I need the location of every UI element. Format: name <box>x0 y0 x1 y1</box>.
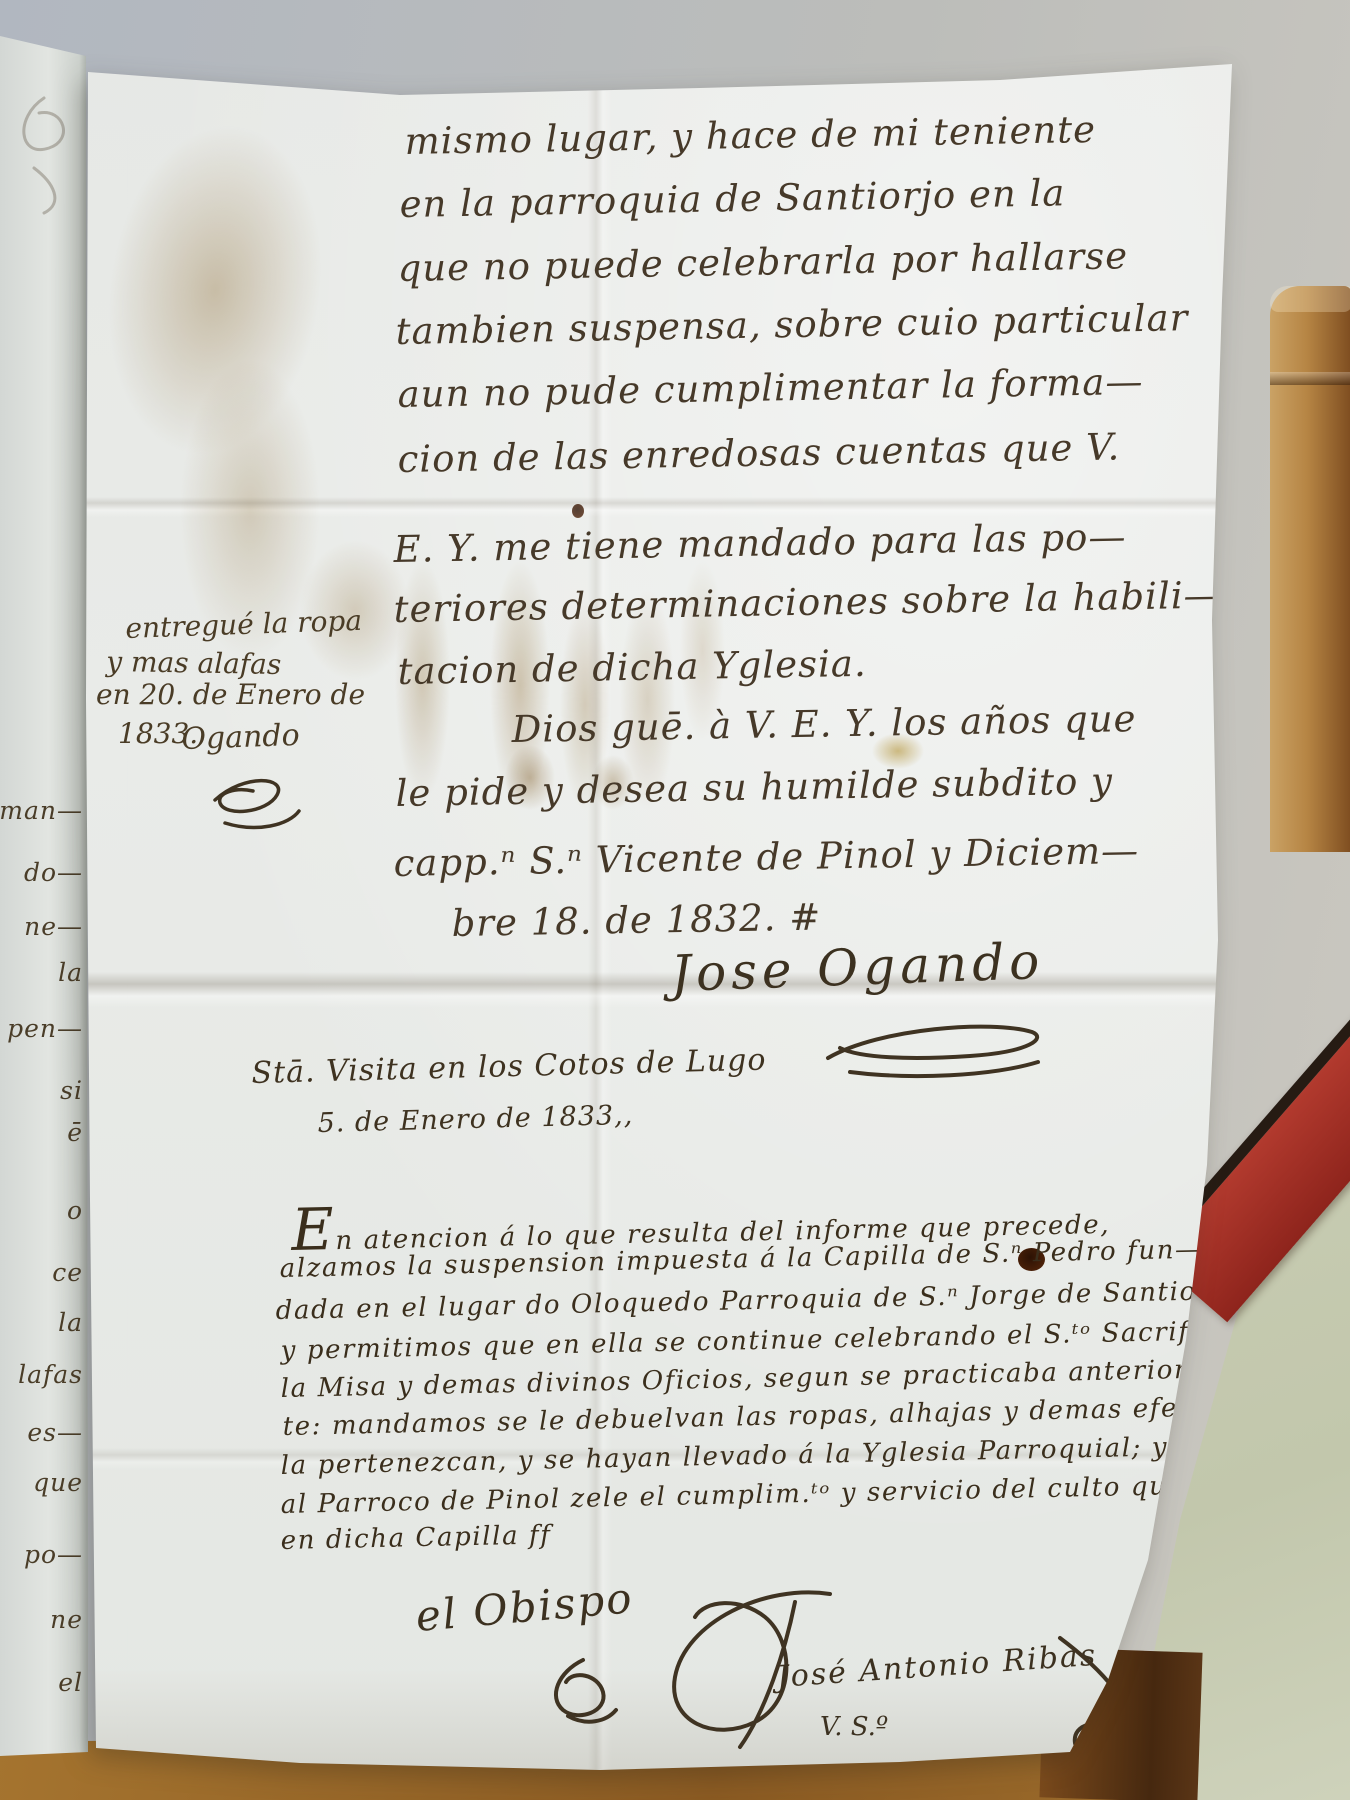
secretary-tail-flourish <box>1040 1628 1170 1778</box>
bishop-rubric <box>528 1652 643 1732</box>
letter-line: cion de las enredosas cuentas que V. <box>397 425 1120 481</box>
margin-note-line: y mas alafas <box>106 645 282 681</box>
letter-line: aun no pude cumplimentar la forma— <box>397 360 1143 416</box>
letter-line: mismo lugar, y hace de mi teniente <box>404 108 1096 163</box>
manuscript-sheet: mismo lugar, y hace de mi teniente en la… <box>0 0 1350 1800</box>
manuscript-sheet-wrap: mismo lugar, y hace de mi teniente en la… <box>0 0 1350 1800</box>
decree-line: en dicha Capilla ff <box>280 1520 551 1556</box>
margin-signature-rubric <box>205 765 315 837</box>
paper-speck <box>572 504 584 518</box>
letter-line: que no puede celebrarla por hallarse <box>397 234 1128 290</box>
margin-signature: Ogando <box>181 718 300 757</box>
decree-dateline: Stā. Visita en los Cotos de Lugo <box>251 1043 767 1091</box>
secretary-title: V. S.º <box>820 1712 888 1742</box>
margin-note-line: en 20. de Enero de <box>96 678 365 711</box>
letter-line: tambien suspensa, sobre cuio particular <box>395 296 1188 353</box>
letter-line: bre 18. de 1832. # <box>451 896 821 945</box>
bishop-signature: el Obispo <box>414 1573 636 1641</box>
report-signature-rubric <box>820 1018 1055 1082</box>
letter-line: tacion de dicha Yglesia. <box>397 642 867 693</box>
decree-dateline-2: 5. de Enero de 1833,, <box>317 1100 633 1139</box>
letter-line: E. Y. me tiene mandado para las po— <box>393 515 1126 571</box>
letter-line: en la parroquia de Santiorjo en la <box>399 171 1065 226</box>
letter-line: capp.ⁿ S.ⁿ Vicente de Pinol y Diciem— <box>393 829 1139 885</box>
report-signature: Jose Ogando <box>670 932 1045 1003</box>
photo-of-manuscript: man— do— ne— la pen— si ē o ce la lafas … <box>0 0 1350 1800</box>
